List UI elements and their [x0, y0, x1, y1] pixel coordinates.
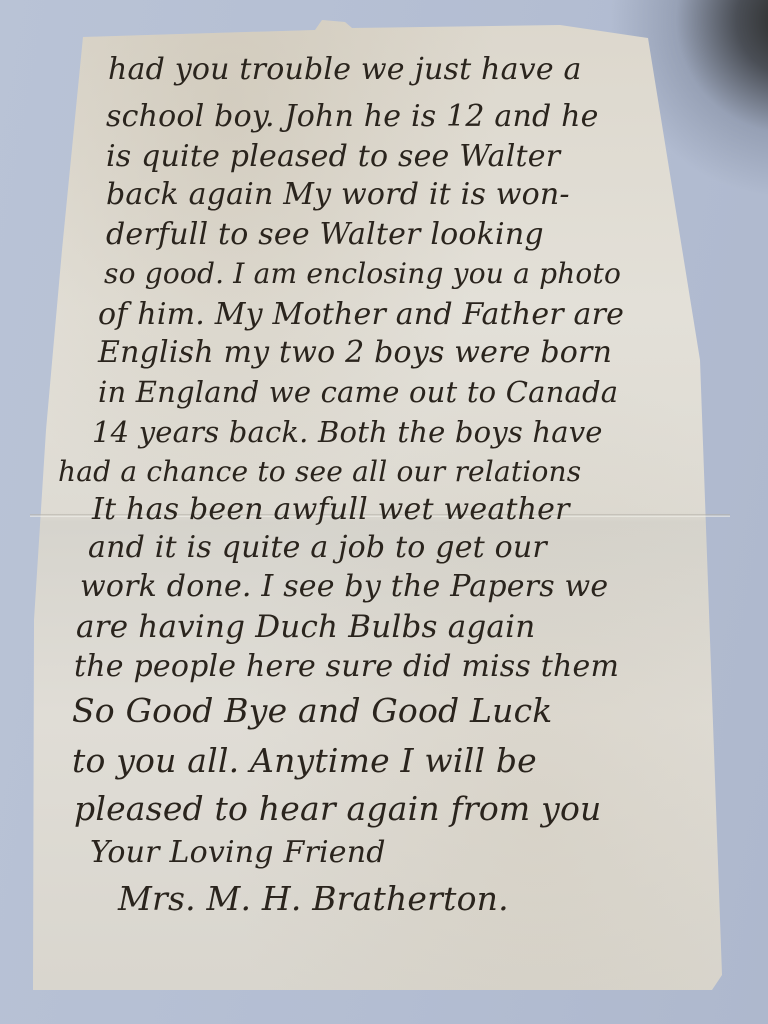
letter-line: of him. My Mother and Father are: [98, 300, 624, 330]
letter-line: back again My word it is won-: [106, 180, 570, 210]
letter-line: the people here sure did miss them: [74, 652, 619, 682]
letter-line: and it is quite a job to get our: [88, 533, 547, 563]
letter-line: to you all. Anytime I will be: [72, 744, 537, 777]
letter-line: are having Duch Bulbs again: [76, 612, 535, 643]
letter-line: school boy. John he is 12 and he: [106, 102, 599, 132]
letter-line: 14 years back. Both the boys have: [92, 418, 603, 447]
letter-line: pleased to hear again from you: [74, 792, 601, 825]
letter-closing: Your Loving Friend: [90, 838, 386, 868]
letter-line: It has been awfull wet weather: [92, 495, 570, 525]
letter-signature: Mrs. M. H. Bratherton.: [118, 882, 509, 915]
letter-line: So Good Bye and Good Luck: [72, 694, 553, 727]
letter-body: had you trouble we just have a school bo…: [0, 0, 768, 1024]
letter-line: so good. I am enclosing you a photo: [104, 260, 621, 288]
letter-line: work done. I see by the Papers we: [80, 572, 608, 602]
letter-line: had a chance to see all our relations: [58, 458, 581, 486]
letter-line: is quite pleased to see Walter: [106, 142, 560, 172]
letter-line: English my two 2 boys were born: [98, 338, 612, 368]
letter-line: had you trouble we just have a: [108, 55, 582, 85]
letter-line: derfull to see Walter looking: [106, 220, 544, 250]
letter-line: in England we came out to Canada: [98, 378, 618, 407]
